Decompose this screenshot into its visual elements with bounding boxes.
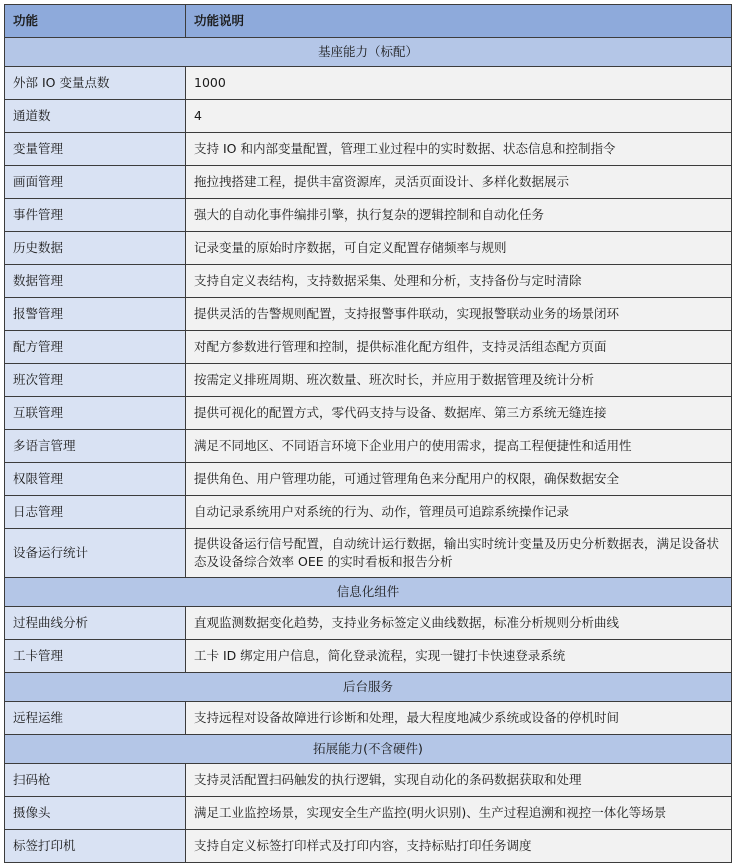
table-row: 权限管理提供角色、用户管理功能，可通过管理角色来分配用户的权限，确保数据安全	[5, 463, 732, 496]
table-row: 扫码枪支持灵活配置扫码触发的执行逻辑，实现自动化的条码数据获取和处理	[5, 764, 732, 797]
section-row-base: 基座能力（标配）	[5, 38, 732, 67]
feature-desc: 拖拉拽搭建工程，提供丰富资源库，灵活页面设计、多样化数据展示	[186, 166, 732, 199]
feature-name: 过程曲线分析	[5, 607, 186, 640]
feature-name: 配方管理	[5, 331, 186, 364]
table-row: 报警管理提供灵活的告警规则配置，支持报警事件联动，实现报警联动业务的场景闭环	[5, 298, 732, 331]
feature-desc: 满足不同地区、不同语言环境下企业用户的使用需求，提高工程便捷性和适用性	[186, 430, 732, 463]
feature-name: 历史数据	[5, 232, 186, 265]
feature-name: 摄像头	[5, 797, 186, 830]
feature-name: 外部 IO 变量点数	[5, 67, 186, 100]
table-row: 工卡管理工卡 ID 绑定用户信息，简化登录流程，实现一键打卡快速登录系统	[5, 640, 732, 673]
feature-table: 功能 功能说明 基座能力（标配） 外部 IO 变量点数1000 通道数4 变量管…	[4, 4, 732, 863]
feature-name: 设备运行统计	[5, 529, 186, 578]
table-row: 变量管理支持 IO 和内部变量配置，管理工业过程中的实时数据、状态信息和控制指令	[5, 133, 732, 166]
section-row-backend: 后台服务	[5, 673, 732, 702]
table-row: 外部 IO 变量点数1000	[5, 67, 732, 100]
section-title: 基座能力（标配）	[5, 38, 732, 67]
table-row: 过程曲线分析直观监测数据变化趋势，支持业务标签定义曲线数据，标准分析规则分析曲线	[5, 607, 732, 640]
table-row: 事件管理强大的自动化事件编排引擎，执行复杂的逻辑控制和自动化任务	[5, 199, 732, 232]
table-row: 历史数据记录变量的原始时序数据，可自定义配置存储频率与规则	[5, 232, 732, 265]
feature-desc: 提供角色、用户管理功能，可通过管理角色来分配用户的权限，确保数据安全	[186, 463, 732, 496]
table-header-row: 功能 功能说明	[5, 5, 732, 38]
table-row: 远程运维支持远程对设备故障进行诊断和处理，最大程度地减少系统或设备的停机时间	[5, 702, 732, 735]
feature-desc: 支持自定义表结构，支持数据采集、处理和分析，支持备份与定时清除	[186, 265, 732, 298]
feature-name: 报警管理	[5, 298, 186, 331]
feature-desc: 支持远程对设备故障进行诊断和处理，最大程度地减少系统或设备的停机时间	[186, 702, 732, 735]
section-row-extension: 拓展能力(不含硬件)	[5, 735, 732, 764]
table-row: 画面管理拖拉拽搭建工程，提供丰富资源库，灵活页面设计、多样化数据展示	[5, 166, 732, 199]
feature-desc: 提供灵活的告警规则配置，支持报警事件联动，实现报警联动业务的场景闭环	[186, 298, 732, 331]
feature-name: 变量管理	[5, 133, 186, 166]
feature-desc: 记录变量的原始时序数据，可自定义配置存储频率与规则	[186, 232, 732, 265]
header-description: 功能说明	[186, 5, 732, 38]
table-row: 摄像头满足工业监控场景，实现安全生产监控(明火识别)、生产过程追溯和视控一体化等…	[5, 797, 732, 830]
feature-desc: 直观监测数据变化趋势，支持业务标签定义曲线数据，标准分析规则分析曲线	[186, 607, 732, 640]
feature-desc: 1000	[186, 67, 732, 100]
feature-desc: 提供可视化的配置方式，零代码支持与设备、数据库、第三方系统无缝连接	[186, 397, 732, 430]
section-title: 信息化组件	[5, 578, 732, 607]
header-feature: 功能	[5, 5, 186, 38]
table-row: 多语言管理满足不同地区、不同语言环境下企业用户的使用需求，提高工程便捷性和适用性	[5, 430, 732, 463]
table-row: 通道数4	[5, 100, 732, 133]
table-row: 数据管理支持自定义表结构，支持数据采集、处理和分析，支持备份与定时清除	[5, 265, 732, 298]
table-row: 互联管理提供可视化的配置方式，零代码支持与设备、数据库、第三方系统无缝连接	[5, 397, 732, 430]
feature-name: 扫码枪	[5, 764, 186, 797]
table-row: 配方管理对配方参数进行管理和控制，提供标准化配方组件，支持灵活组态配方页面	[5, 331, 732, 364]
feature-desc: 强大的自动化事件编排引擎，执行复杂的逻辑控制和自动化任务	[186, 199, 732, 232]
feature-name: 班次管理	[5, 364, 186, 397]
feature-name: 事件管理	[5, 199, 186, 232]
feature-name: 工卡管理	[5, 640, 186, 673]
feature-name: 权限管理	[5, 463, 186, 496]
feature-desc: 支持灵活配置扫码触发的执行逻辑，实现自动化的条码数据获取和处理	[186, 764, 732, 797]
feature-name: 互联管理	[5, 397, 186, 430]
feature-desc: 满足工业监控场景，实现安全生产监控(明火识别)、生产过程追溯和视控一体化等场景	[186, 797, 732, 830]
table-row: 日志管理自动记录系统用户对系统的行为、动作，管理员可追踪系统操作记录	[5, 496, 732, 529]
feature-name: 画面管理	[5, 166, 186, 199]
feature-name: 日志管理	[5, 496, 186, 529]
feature-desc: 工卡 ID 绑定用户信息，简化登录流程，实现一键打卡快速登录系统	[186, 640, 732, 673]
section-row-informatization: 信息化组件	[5, 578, 732, 607]
feature-name: 标签打印机	[5, 830, 186, 863]
feature-desc: 按需定义排班周期、班次数量、班次时长，并应用于数据管理及统计分析	[186, 364, 732, 397]
feature-desc: 提供设备运行信号配置，自动统计运行数据，输出实时统计变量及历史分析数据表，满足设…	[186, 529, 732, 578]
feature-desc: 支持自定义标签打印样式及打印内容，支持标贴打印任务调度	[186, 830, 732, 863]
feature-name: 通道数	[5, 100, 186, 133]
feature-name: 数据管理	[5, 265, 186, 298]
feature-name: 多语言管理	[5, 430, 186, 463]
feature-desc: 支持 IO 和内部变量配置，管理工业过程中的实时数据、状态信息和控制指令	[186, 133, 732, 166]
feature-desc: 4	[186, 100, 732, 133]
feature-name: 远程运维	[5, 702, 186, 735]
feature-desc: 对配方参数进行管理和控制，提供标准化配方组件，支持灵活组态配方页面	[186, 331, 732, 364]
section-title: 后台服务	[5, 673, 732, 702]
table-row: 班次管理按需定义排班周期、班次数量、班次时长，并应用于数据管理及统计分析	[5, 364, 732, 397]
table-row: 标签打印机支持自定义标签打印样式及打印内容，支持标贴打印任务调度	[5, 830, 732, 863]
feature-desc: 自动记录系统用户对系统的行为、动作，管理员可追踪系统操作记录	[186, 496, 732, 529]
table-row: 设备运行统计提供设备运行信号配置，自动统计运行数据，输出实时统计变量及历史分析数…	[5, 529, 732, 578]
section-title: 拓展能力(不含硬件)	[5, 735, 732, 764]
